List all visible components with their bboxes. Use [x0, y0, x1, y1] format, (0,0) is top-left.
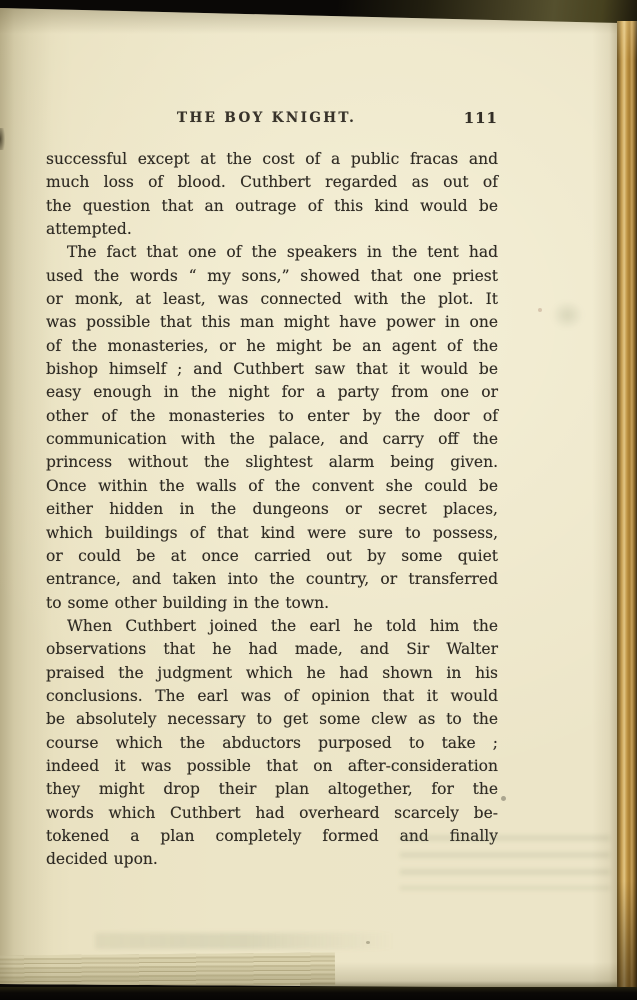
paper-speck: [501, 796, 506, 801]
page-bottom-edges: [0, 953, 335, 988]
text-line: communication with the palace, and carry…: [46, 428, 498, 451]
text-line: attempted.: [46, 218, 498, 241]
page-number: 111: [464, 109, 498, 127]
text-line: princess without the slightest alarm bei…: [46, 451, 498, 474]
text-line: to some other building in the town.: [46, 592, 498, 615]
text-line: was possible that this man might have po…: [46, 311, 498, 334]
text-line: observations that he had made, and Sir W…: [46, 638, 498, 661]
text-line: words which Cuthbert had overheard scarc…: [46, 802, 498, 825]
running-title: THE BOY KNIGHT.: [177, 110, 356, 126]
text-line: used the words “ my sons,” showed that o…: [46, 265, 498, 288]
bleed-through-mark: [545, 295, 590, 335]
paper-speck: [366, 941, 370, 944]
text-line: praised the judgment which he had shown …: [46, 662, 498, 685]
text-line: of the monasteries, or he might be an ag…: [46, 335, 498, 358]
page-content: THE BOY KNIGHT. 111 successful except at…: [46, 110, 498, 872]
text-line: course which the abductors purposed to t…: [46, 732, 498, 755]
paragraph: The fact that one of the speakers in the…: [46, 241, 498, 615]
text-line: conclusions. The earl was of opinion tha…: [46, 685, 498, 708]
text-line: decided upon.: [46, 848, 498, 871]
bleed-through-mark: [95, 933, 395, 949]
text-line: or could be at once carried out by some …: [46, 545, 498, 568]
text-line: the question that an outrage of this kin…: [46, 195, 498, 218]
page-edge-notch: [0, 128, 7, 150]
text-line: or monk, at least, was connected with th…: [46, 288, 498, 311]
text-line: which buildings of that kind were sure t…: [46, 522, 498, 545]
paper-speck: [538, 308, 542, 312]
text-line: other of the monasteries to enter by the…: [46, 405, 498, 428]
paragraph: successful except at the cost of a publi…: [46, 148, 498, 241]
text-line: much loss of blood. Cuthbert regarded as…: [46, 171, 498, 194]
text-line: bishop himself ; and Cuthbert saw that i…: [46, 358, 498, 381]
text-line: successful except at the cost of a publi…: [46, 148, 498, 171]
book-page: THE BOY KNIGHT. 111 successful except at…: [0, 0, 618, 992]
body-text: successful except at the cost of a publi…: [46, 148, 498, 872]
text-line: entrance, and taken into the country, or…: [46, 568, 498, 591]
text-line: they might drop their plan altogether, f…: [46, 778, 498, 801]
text-line: When Cuthbert joined the earl he told hi…: [46, 615, 498, 638]
text-line: tokened a plan completely formed and fin…: [46, 825, 498, 848]
page-header: THE BOY KNIGHT. 111: [46, 110, 498, 132]
page-fore-edge: [617, 21, 637, 992]
text-line: The fact that one of the speakers in the…: [46, 241, 498, 264]
text-line: easy enough in the night for a party fro…: [46, 381, 498, 404]
text-line: either hidden in the dungeons or secret …: [46, 498, 498, 521]
paragraph: When Cuthbert joined the earl he told hi…: [46, 615, 498, 872]
text-line: be absolutely necessary to get some clew…: [46, 708, 498, 731]
photo-background-bottom: [0, 987, 637, 1000]
text-line: Once within the walls of the convent she…: [46, 475, 498, 498]
text-line: indeed it was possible that on after-con…: [46, 755, 498, 778]
